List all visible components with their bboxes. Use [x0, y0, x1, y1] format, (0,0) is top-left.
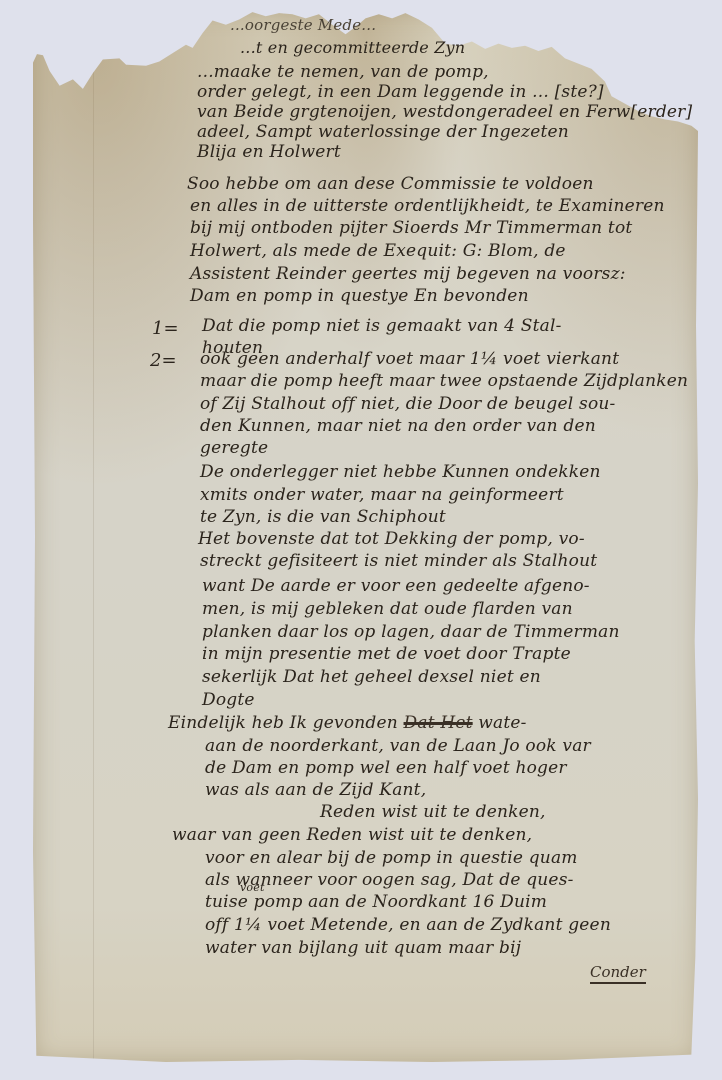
- item-2-line-3: of Zij Stalhout off niet, die Door de be…: [200, 396, 615, 413]
- para3-line-1: want De aarde er voor een gedeelte afgen…: [202, 578, 590, 595]
- para1-line-2: en alles in de uitterste ordentlijkheidt…: [190, 198, 665, 215]
- para4-line-1-suffix: wate-: [478, 713, 526, 733]
- item-2-line-4: den Kunnen, maar niet na den order van d…: [200, 418, 596, 435]
- interlinear-insert: voet: [240, 882, 265, 893]
- para5-line-2: voor en alear bij de pomp in questie qua…: [205, 850, 578, 867]
- para3-line-2: men, is mij gebleken dat oude flarden va…: [202, 601, 573, 618]
- para2-line-5: streckt gefisiteert is niet minder als S…: [200, 553, 597, 570]
- header-line-6: adeel, Sampt waterlossinge der Ingezeten: [197, 124, 569, 141]
- para3-line-6: Dogte: [202, 692, 255, 709]
- para2-line-4: Het bovenste dat tot Dekking der pomp, v…: [198, 531, 585, 548]
- para4-line-2: aan de noorderkant, van de Laan Jo ook v…: [205, 738, 591, 755]
- para4-line-3: de Dam en pomp wel een half voet hoger: [205, 760, 567, 777]
- item-1-marker: 1=: [152, 318, 179, 339]
- para4-line-1-prefix: Eindelijk heb Ik gevonden: [168, 713, 398, 733]
- paper-fold-line: [93, 10, 94, 1062]
- para5-line-4: tuise pomp aan de Noordkant 16 Duim: [205, 894, 547, 911]
- para4-line-4: was als aan de Zijd Kant,: [205, 782, 426, 799]
- para4-line-1: Eindelijk heb Ik gevonden Dat Het wate-: [168, 715, 527, 732]
- para2-line-1: De onderlegger niet hebbe Kunnen ondekke…: [200, 464, 601, 481]
- header-line-7: Blija en Holwert: [197, 144, 341, 161]
- catchword: Conder: [590, 963, 646, 984]
- item-2-line-1: ook geen anderhalf voet maar 1¼ voet vie…: [200, 351, 619, 368]
- para2-line-2: xmits onder water, maar na geinformeert: [200, 487, 564, 504]
- header-line-3: ...maake te nemen, van de pomp,: [197, 64, 489, 81]
- header-line-5: van Beide grgtenoijen, westdongeradeel e…: [197, 104, 692, 121]
- struck-text: Dat Het: [404, 713, 473, 733]
- para3-line-4: in mijn presentie met de voet door Trapt…: [202, 646, 571, 663]
- para1-line-4: Holwert, als mede de Exequit: G: Blom, d…: [190, 243, 566, 260]
- para5-line-5: off 1¼ voet Metende, en aan de Zydkant g…: [205, 917, 611, 934]
- para1-line-1: Soo hebbe om aan dese Commissie te voldo…: [187, 176, 594, 193]
- para1-line-6: Dam en pomp in questye En bevonden: [190, 288, 529, 305]
- para5-line-1: waar van geen Reden wist uit te denken,: [172, 827, 532, 844]
- para1-line-5: Assistent Reinder geertes mij begeven na…: [190, 266, 626, 283]
- header-line-2: ...t en gecommitteerde Zyn: [240, 40, 465, 56]
- para3-line-3: planken daar los op lagen, daar de Timme…: [202, 624, 620, 641]
- header-line-4: order gelegt, in een Dam leggende in ...…: [197, 84, 604, 101]
- para5-line-0: Reden wist uit te denken,: [320, 804, 546, 821]
- para3-line-5: sekerlijk Dat het geheel dexsel niet en: [202, 669, 541, 686]
- header-line-1: ...oorgeste Mede...: [230, 18, 376, 33]
- para2-line-3: te Zyn, is die van Schiphout: [200, 509, 446, 526]
- item-2-marker: 2=: [150, 350, 177, 371]
- para5-line-6: water van bijlang uit quam maar bij: [205, 940, 521, 957]
- item-1-line-1: Dat die pomp niet is gemaakt van 4 Stal-: [202, 318, 562, 335]
- item-2-line-5: geregte: [200, 440, 268, 457]
- para1-line-3: bij mij ontboden pijter Sioerds Mr Timme…: [190, 220, 632, 237]
- item-2-line-2: maar die pomp heeft maar twee opstaende …: [200, 373, 688, 390]
